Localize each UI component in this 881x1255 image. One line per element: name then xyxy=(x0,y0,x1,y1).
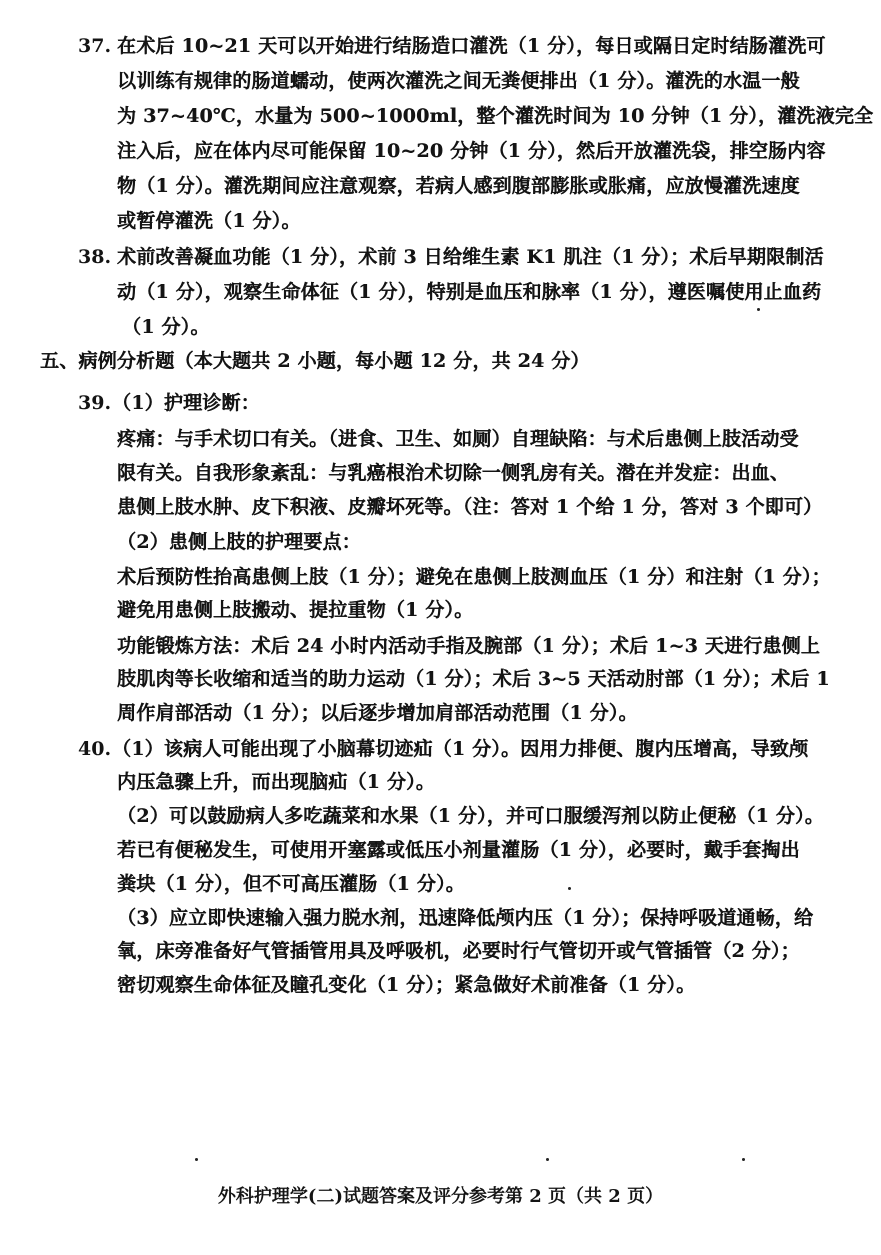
q38-line-3: （1 分）。 xyxy=(122,315,210,339)
scan-speck xyxy=(757,308,760,311)
q39-part1-label: （1）护理诊断： xyxy=(112,391,260,415)
scan-speck xyxy=(742,1158,745,1161)
q40-line-7: 氧，床旁准备好气管插管用具及呼吸机，必要时行气管切开或气管插管（2 分）； xyxy=(117,939,800,963)
question-number-38: 38. xyxy=(78,245,111,269)
q40-line-5: 粪块（1 分），但不可高压灌肠（1 分）。 xyxy=(117,872,465,896)
page-footer: 外科护理学(二)试题答案及评分参考第 2 页（共 2 页） xyxy=(0,1182,881,1208)
q39-part2-label: （2）患侧上肢的护理要点： xyxy=(117,530,361,554)
q39-part2-line-1: 术后预防性抬高患侧上肢（1 分）；避免在患侧上肢测血压（1 分）和注射（1 分）… xyxy=(117,565,831,589)
q37-line-1: 在术后 10~21 天可以开始进行结肠造口灌洗（1 分），每日或隔日定时结肠灌洗… xyxy=(117,34,826,58)
q39-part1-line-3: 患侧上肢水肿、皮下积液、皮瓣坏死等。（注：答对 1 个给 1 分，答对 3 个即… xyxy=(117,495,822,519)
scan-speck xyxy=(195,1158,198,1161)
q39-part2-line-4: 肢肌肉等长收缩和适当的助力运动（1 分）；术后 3~5 天活动肘部（1 分）；术… xyxy=(117,667,830,691)
q37-line-6: 或暂停灌洗（1 分）。 xyxy=(117,209,301,233)
q39-part2-line-5: 周作肩部活动（1 分）；以后逐步增加肩部活动范围（1 分）。 xyxy=(117,701,638,725)
q37-line-5: 物（1 分）。灌洗期间应注意观察，若病人感到腹部膨胀或胀痛，应放慢灌洗速度 xyxy=(117,174,800,198)
question-number-40: 40. xyxy=(78,737,111,761)
q39-part1-line-1: 疼痛：与手术切口有关。（进食、卫生、如厕）自理缺陷：与术后患侧上肢活动受 xyxy=(117,427,799,451)
q37-line-3: 为 37~40℃，水量为 500~1000ml，整个灌洗时间为 10 分钟（1 … xyxy=(117,104,873,128)
q39-part1-line-2: 限有关。自我形象紊乱：与乳癌根治术切除一侧乳房有关。潜在并发症：出血、 xyxy=(117,461,789,485)
q40-line-2: 内压急骤上升，而出现脑疝（1 分）。 xyxy=(117,770,435,794)
scan-speck xyxy=(568,887,571,890)
q40-line-1: （1）该病人可能出现了小脑幕切迹疝（1 分）。因用力排便、腹内压增高，导致颅 xyxy=(112,737,808,761)
q38-line-2: 动（1 分），观察生命体征（1 分），特别是血压和脉率（1 分），遵医嘱使用止血… xyxy=(117,280,821,304)
section-heading: 五、病例分析题（本大题共 2 小题，每小题 12 分，共 24 分） xyxy=(40,349,590,373)
question-number-39: 39. xyxy=(78,391,111,415)
q38-line-1: 术前改善凝血功能（1 分），术前 3 日给维生素 K1 肌注（1 分）；术后早期… xyxy=(117,245,824,269)
scan-speck xyxy=(546,1158,549,1161)
document-page: 37. 在术后 10~21 天可以开始进行结肠造口灌洗（1 分），每日或隔日定时… xyxy=(0,0,881,1255)
q37-line-4: 注入后，应在体内尽可能保留 10~20 分钟（1 分），然后开放灌洗袋，排空肠内… xyxy=(117,139,826,163)
q39-part2-line-2: 避免用患侧上肢搬动、提拉重物（1 分）。 xyxy=(117,598,473,622)
q40-line-4: 若已有便秘发生，可使用开塞露或低压小剂量灌肠（1 分），必要时，戴手套掏出 xyxy=(117,838,800,862)
question-number-37: 37. xyxy=(78,34,111,58)
q40-line-3: （2）可以鼓励病人多吃蔬菜和水果（1 分），并可口服缓泻剂以防止便秘（1 分）。 xyxy=(117,804,824,828)
q40-line-6: （3）应立即快速输入强力脱水剂，迅速降低颅内压（1 分）；保持呼吸道通畅，给 xyxy=(117,906,813,930)
q37-line-2: 以训练有规律的肠道蠕动，使两次灌洗之间无粪便排出（1 分）。灌洗的水温一般 xyxy=(117,69,800,93)
q39-part2-line-3: 功能锻炼方法：术后 24 小时内活动手指及腕部（1 分）；术后 1~3 天进行患… xyxy=(117,634,820,658)
q40-line-8: 密切观察生命体征及瞳孔变化（1 分）；紧急做好术前准备（1 分）。 xyxy=(117,973,695,997)
